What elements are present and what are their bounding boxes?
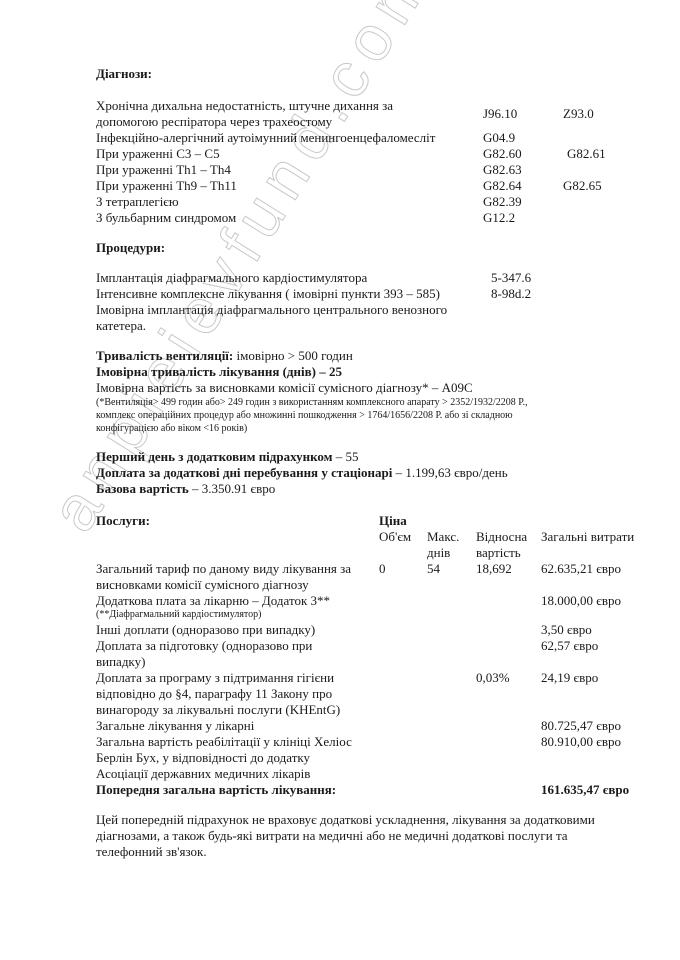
surcharge: Доплата за додаткові дні перебування у с… <box>96 465 508 481</box>
diagnosis-label: З бульбарним синдромом <box>96 210 236 226</box>
service-label: Загальний тариф по даному виду лікування… <box>96 561 351 577</box>
first-day-value: – 55 <box>333 449 359 464</box>
service-total: 62.635,21 євро <box>541 561 621 577</box>
ventilation-duration: Тривалість вентиляції: імовірно > 500 го… <box>96 348 353 364</box>
col-volume: Об'єм <box>379 529 411 545</box>
service-label: Доплата за підготовку (одноразово при <box>96 638 312 654</box>
procedure-label: Імплантація діафрагмального кардіостимул… <box>96 270 367 286</box>
duration-label: Імовірна тривалість лікування (днів) <box>96 364 316 379</box>
footnote: комплекс операційних процедур або множин… <box>96 409 513 422</box>
diagnosis-code: J96.10 <box>483 106 517 122</box>
surcharge-label: Доплата за додаткові дні перебування у с… <box>96 465 392 480</box>
diagnosis-label: Хронічна дихальна недостатність, штучне … <box>96 98 393 114</box>
procedure-label: Імовірна імплантація діафрагмального цен… <box>96 302 447 318</box>
disclaimer: телефонний зв'язок. <box>96 844 207 860</box>
base-cost-label: Базова вартість <box>96 481 189 496</box>
grand-total-label: Попередня загальна вартість лікування: <box>96 782 336 798</box>
service-relative: 18,692 <box>476 561 512 577</box>
first-day: Перший день з додатковим підрахунком – 5… <box>96 449 359 465</box>
col-total: Загальні витрати <box>541 529 634 545</box>
diagnosis-label: Інфекційно-алергічний аутоімунний менинг… <box>96 130 435 146</box>
procedure-code: 5-347.6 <box>491 270 531 286</box>
treatment-duration: Імовірна тривалість лікування (днів) – 2… <box>96 364 342 380</box>
services-heading: Послуги: <box>96 513 150 529</box>
service-label: Загальна вартість реабілітації у клініці… <box>96 734 352 750</box>
ventilation-label: Тривалість вентиляції: <box>96 348 233 363</box>
service-total: 80.910,00 євро <box>541 734 621 750</box>
diagnosis-code: G04.9 <box>483 130 515 146</box>
service-label: Загальне лікування у лікарні <box>96 718 254 734</box>
disclaimer: діагнозами, а також будь-які витрати на … <box>96 828 568 844</box>
diagnosis-code: G82.63 <box>483 162 522 178</box>
service-label: Берлін Бух, у відповідності до додатку <box>96 750 310 766</box>
diagnosis-code: G82.60 <box>483 146 522 162</box>
diagnosis-code: G82.61 <box>567 146 606 162</box>
col-price: Ціна <box>379 513 407 529</box>
service-total: 24,19 євро <box>541 670 598 686</box>
procedure-label: катетера. <box>96 318 146 334</box>
base-cost: Базова вартість – 3.350.91 євро <box>96 481 275 497</box>
service-label: випадку) <box>96 654 145 670</box>
diagnosis-code: G12.2 <box>483 210 515 226</box>
service-label: Доплата за програму з підтримання гігієн… <box>96 670 334 686</box>
diagnosis-code: G82.64 <box>483 178 522 194</box>
diagnosis-code: G82.39 <box>483 194 522 210</box>
service-label: Інші доплати (одноразово при випадку) <box>96 622 315 638</box>
col-max-days: Макс. <box>427 529 459 545</box>
footnote: конфігурацією або віком <16 років) <box>96 422 247 435</box>
disclaimer: Цей попередній підрахунок не враховує до… <box>96 812 595 828</box>
footnote: (*Вентиляція> 499 годин або> 249 годин з… <box>96 396 528 409</box>
service-max-days: 54 <box>427 561 440 577</box>
service-total: 80.725,47 євро <box>541 718 621 734</box>
service-relative: 0,03% <box>476 670 510 686</box>
diagnosis-label: При ураженні C3 – C5 <box>96 146 220 162</box>
service-label: висновками комісії сумісного діагнозу <box>96 577 309 593</box>
grand-total-value: 161.635,47 євро <box>541 782 629 798</box>
procedures-heading: Процедури: <box>96 240 165 256</box>
estimated-cost: Імовірна вартість за висновками комісії … <box>96 380 473 396</box>
service-note: (**Діафрагмальний кардіостимулятор) <box>96 608 261 621</box>
service-total: 18.000,00 євро <box>541 593 621 609</box>
diagnosis-code: G82.65 <box>563 178 602 194</box>
col-relative: Відносна <box>476 529 527 545</box>
col-relative: вартість <box>476 545 521 561</box>
diagnosis-label: допомогою респіратора через трахеостому <box>96 114 332 130</box>
base-cost-value: – 3.350.91 євро <box>189 481 275 496</box>
service-label: Додаткова плата за лікарню – Додаток 3** <box>96 593 330 609</box>
procedure-label: Інтенсивне комплексне лікування ( імовір… <box>96 286 440 302</box>
service-total: 3,50 євро <box>541 622 592 638</box>
procedure-code: 8-98d.2 <box>491 286 531 302</box>
service-total: 62,57 євро <box>541 638 598 654</box>
service-label: Асоціації державних медичних лікарів <box>96 766 310 782</box>
diagnosis-code: Z93.0 <box>563 106 594 122</box>
diagnosis-label: З тетраплегією <box>96 194 179 210</box>
diagnoses-heading: Діагнози: <box>96 66 152 82</box>
duration-value: – 25 <box>316 364 342 379</box>
service-label: відповідно до §4, параграфу 11 Закону пр… <box>96 686 332 702</box>
service-label: винагороду за лікувальні послуги (KHEntG… <box>96 702 340 718</box>
ventilation-value: імовірно > 500 годин <box>233 348 353 363</box>
diagnosis-label: При ураженні Th1 – Th4 <box>96 162 231 178</box>
service-volume: 0 <box>379 561 386 577</box>
col-max-days: днів <box>427 545 450 561</box>
surcharge-value: – 1.199,63 євро/день <box>392 465 507 480</box>
first-day-label: Перший день з додатковим підрахунком <box>96 449 333 464</box>
diagnosis-label: При ураженні Th9 – Th11 <box>96 178 237 194</box>
